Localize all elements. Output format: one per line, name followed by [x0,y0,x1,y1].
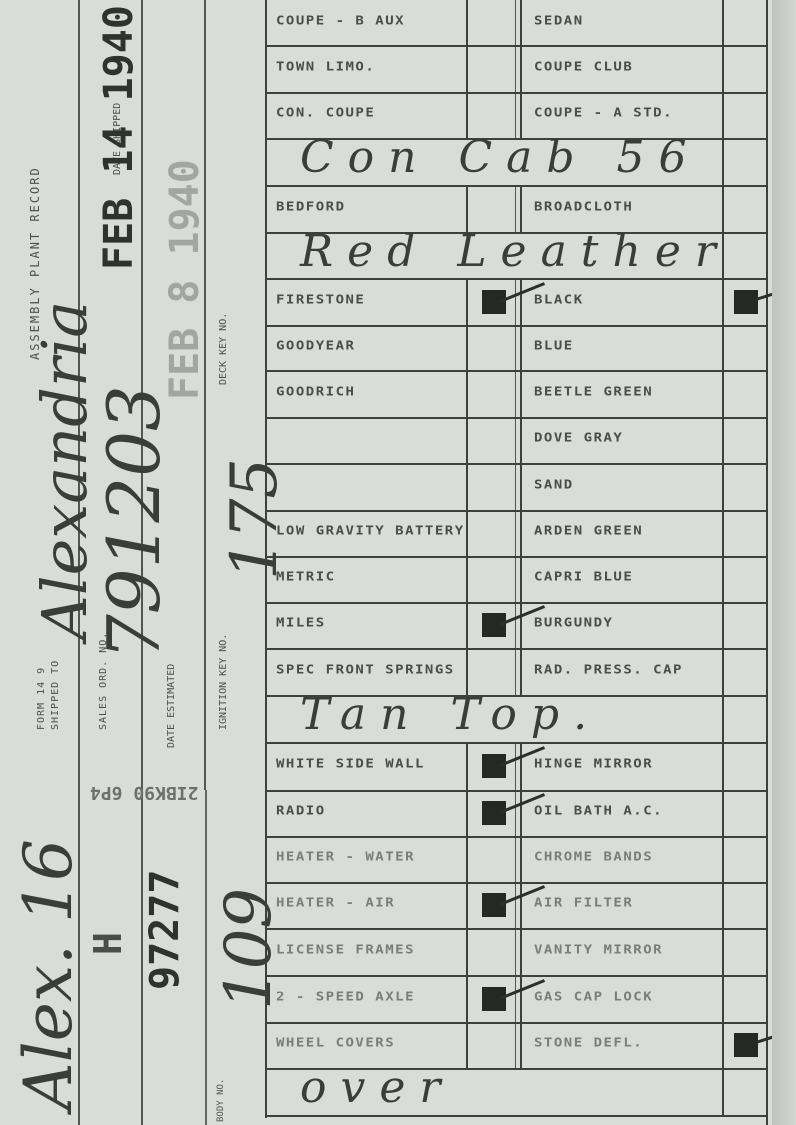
checkbox-left[interactable] [470,421,512,459]
option-label-right: RAD. PRESS. CAP [534,662,683,676]
date-shipped-stamp: FEB 14 1940 [96,5,142,270]
checkbox-left[interactable] [470,1026,512,1064]
checkbox-right[interactable] [726,49,762,88]
checkbox-left[interactable] [470,189,512,228]
checkbox-left[interactable] [470,96,512,134]
option-label-left: GOODRICH [276,384,355,398]
option-label-left: FIRESTONE [276,292,365,306]
option-label-right: DOVE GRAY [534,431,623,445]
checkbox-left[interactable] [470,652,512,691]
handwritten-note: Con Cab 56 [300,132,701,183]
row-divider [265,1115,768,1117]
row-divider [265,45,768,47]
option-label-right: BLUE [534,338,574,352]
checkbox-left[interactable] [470,560,512,598]
checkbox-right[interactable] [726,560,762,598]
checkbox-left[interactable] [470,329,512,366]
option-label-right: GAS CAP LOCK [534,989,653,1003]
checkbox-right-checked[interactable] [734,1033,758,1057]
row-divider [265,325,768,327]
ignition-key-value: 109 [212,888,286,1010]
page-margin [772,0,796,1125]
shipped-to-label: SHIPPED TO [50,660,61,730]
checkbox-right[interactable] [726,96,762,134]
option-label-right: BLACK [534,292,584,306]
row-divider [265,742,768,744]
row-divider [265,510,768,512]
left-divider-4 [205,790,207,1125]
option-label-left: WHITE SIDE WALL [276,757,425,771]
option-label-left: COUPE - B AUX [276,13,405,27]
option-label-right: SEDAN [534,13,584,27]
option-label-right: BEETLE GREEN [534,384,653,398]
dealer-note: Alex. 16 [10,839,87,1110]
date-estimated-stamp: FEB 8 1940 [162,159,208,400]
checkbox-right[interactable] [726,840,762,878]
option-label-right: HINGE MIRROR [534,757,653,771]
option-label-right: ARDEN GREEN [534,524,643,538]
sales-ord-value: 791203 [92,385,176,660]
row-divider [265,975,768,977]
row-divider [265,836,768,838]
checkbox-right[interactable] [726,421,762,459]
row-divider [265,463,768,465]
option-label-left: HEATER - WATER [276,850,415,864]
checkbox-right[interactable] [726,4,762,41]
checkbox-left[interactable] [470,514,512,552]
table-right-border [766,0,768,1125]
row-divider [265,1022,768,1024]
row-divider [265,417,768,419]
option-label-right: CAPRI BLUE [534,570,633,584]
number-stamp: 97277 [142,870,188,990]
option-label-left: MILES [276,616,326,630]
option-label-left: SPEC FRONT SPRINGS [276,662,455,676]
ignition-key-label: IGNITION KEY NO. [218,634,229,730]
option-label-right: BURGUNDY [534,616,613,630]
row-divider [265,185,768,187]
option-label-left: LICENSE FRAMES [276,942,415,956]
deck-key-label: DECK KEY NO. [218,313,229,385]
option-label-right: CHROME BANDS [534,850,653,864]
deck-key-value: 175 [218,458,292,580]
option-label-right: COUPE CLUB [534,59,633,73]
row-divider [265,882,768,884]
option-label-left: HEATER - AIR [276,896,395,910]
checkbox-right[interactable] [726,979,762,1018]
checkbox-right[interactable] [726,467,762,506]
row-divider [265,602,768,604]
checkbox-right-checked[interactable] [734,290,758,314]
option-label-left: CON. COUPE [276,106,375,120]
checkbox-left[interactable] [470,467,512,506]
date-estimated-label: DATE ESTIMATED [166,664,177,748]
row-divider [265,370,768,372]
checkbox-right[interactable] [726,374,762,413]
option-label-left: TOWN LIMO. [276,59,375,73]
checkbox-right[interactable] [726,329,762,366]
option-label-left: METRIC [276,570,336,584]
option-label-right: AIR FILTER [534,896,633,910]
checkbox-right[interactable] [726,886,762,924]
sales-ord-label: SALES ORD. NO. [98,670,109,730]
body-no-label: BODY NO. [216,1079,226,1122]
option-label-left: BEDFORD [276,199,346,213]
handwritten-note: Red Leather [300,226,730,277]
checkbox-left[interactable] [470,374,512,413]
option-label-right: SAND [534,477,574,491]
checkbox-right[interactable] [726,514,762,552]
option-label-left: RADIO [276,804,326,818]
shipped-to-value: Alexandria [28,301,101,640]
checkbox-right[interactable] [726,189,762,228]
option-label-left: LOW GRAVITY BATTERY [276,524,465,538]
checkbox-left[interactable] [470,840,512,878]
checkbox-right[interactable] [726,652,762,691]
checkbox-left[interactable] [470,4,512,41]
serial-stamp: 2IBK90 6P4 [90,782,198,803]
handwritten-note: over [300,1062,454,1113]
option-label-left: GOODYEAR [276,338,355,352]
row-divider [265,278,768,280]
assembly-plant-record-card: ASSEMBLY PLANT RECORD FORM 14 9 SHIPPED … [0,0,772,1125]
option-label-right: BROADCLOTH [534,199,633,213]
checkbox-left[interactable] [470,932,512,971]
row-divider [265,790,768,792]
row-divider [265,92,768,94]
row-divider [265,648,768,650]
row-divider [265,556,768,558]
row-divider [265,928,768,930]
option-label-right: VANITY MIRROR [534,942,663,956]
checkbox-right[interactable] [726,932,762,971]
checkbox-right[interactable] [726,606,762,644]
checkbox-right[interactable] [726,794,762,832]
option-label-left: 2 - SPEED AXLE [276,989,415,1003]
option-label-left: WHEEL COVERS [276,1036,395,1050]
option-label-right: COUPE - A STD. [534,106,673,120]
handwritten-note: Tan Top. [300,689,601,740]
letter-stamp: H [86,932,130,955]
option-label-right: STONE DEFL. [534,1036,643,1050]
form-number-label: FORM 14 9 [36,667,47,730]
option-label-right: OIL BATH A.C. [534,804,663,818]
checkbox-left[interactable] [470,49,512,88]
checkbox-right[interactable] [726,746,762,786]
